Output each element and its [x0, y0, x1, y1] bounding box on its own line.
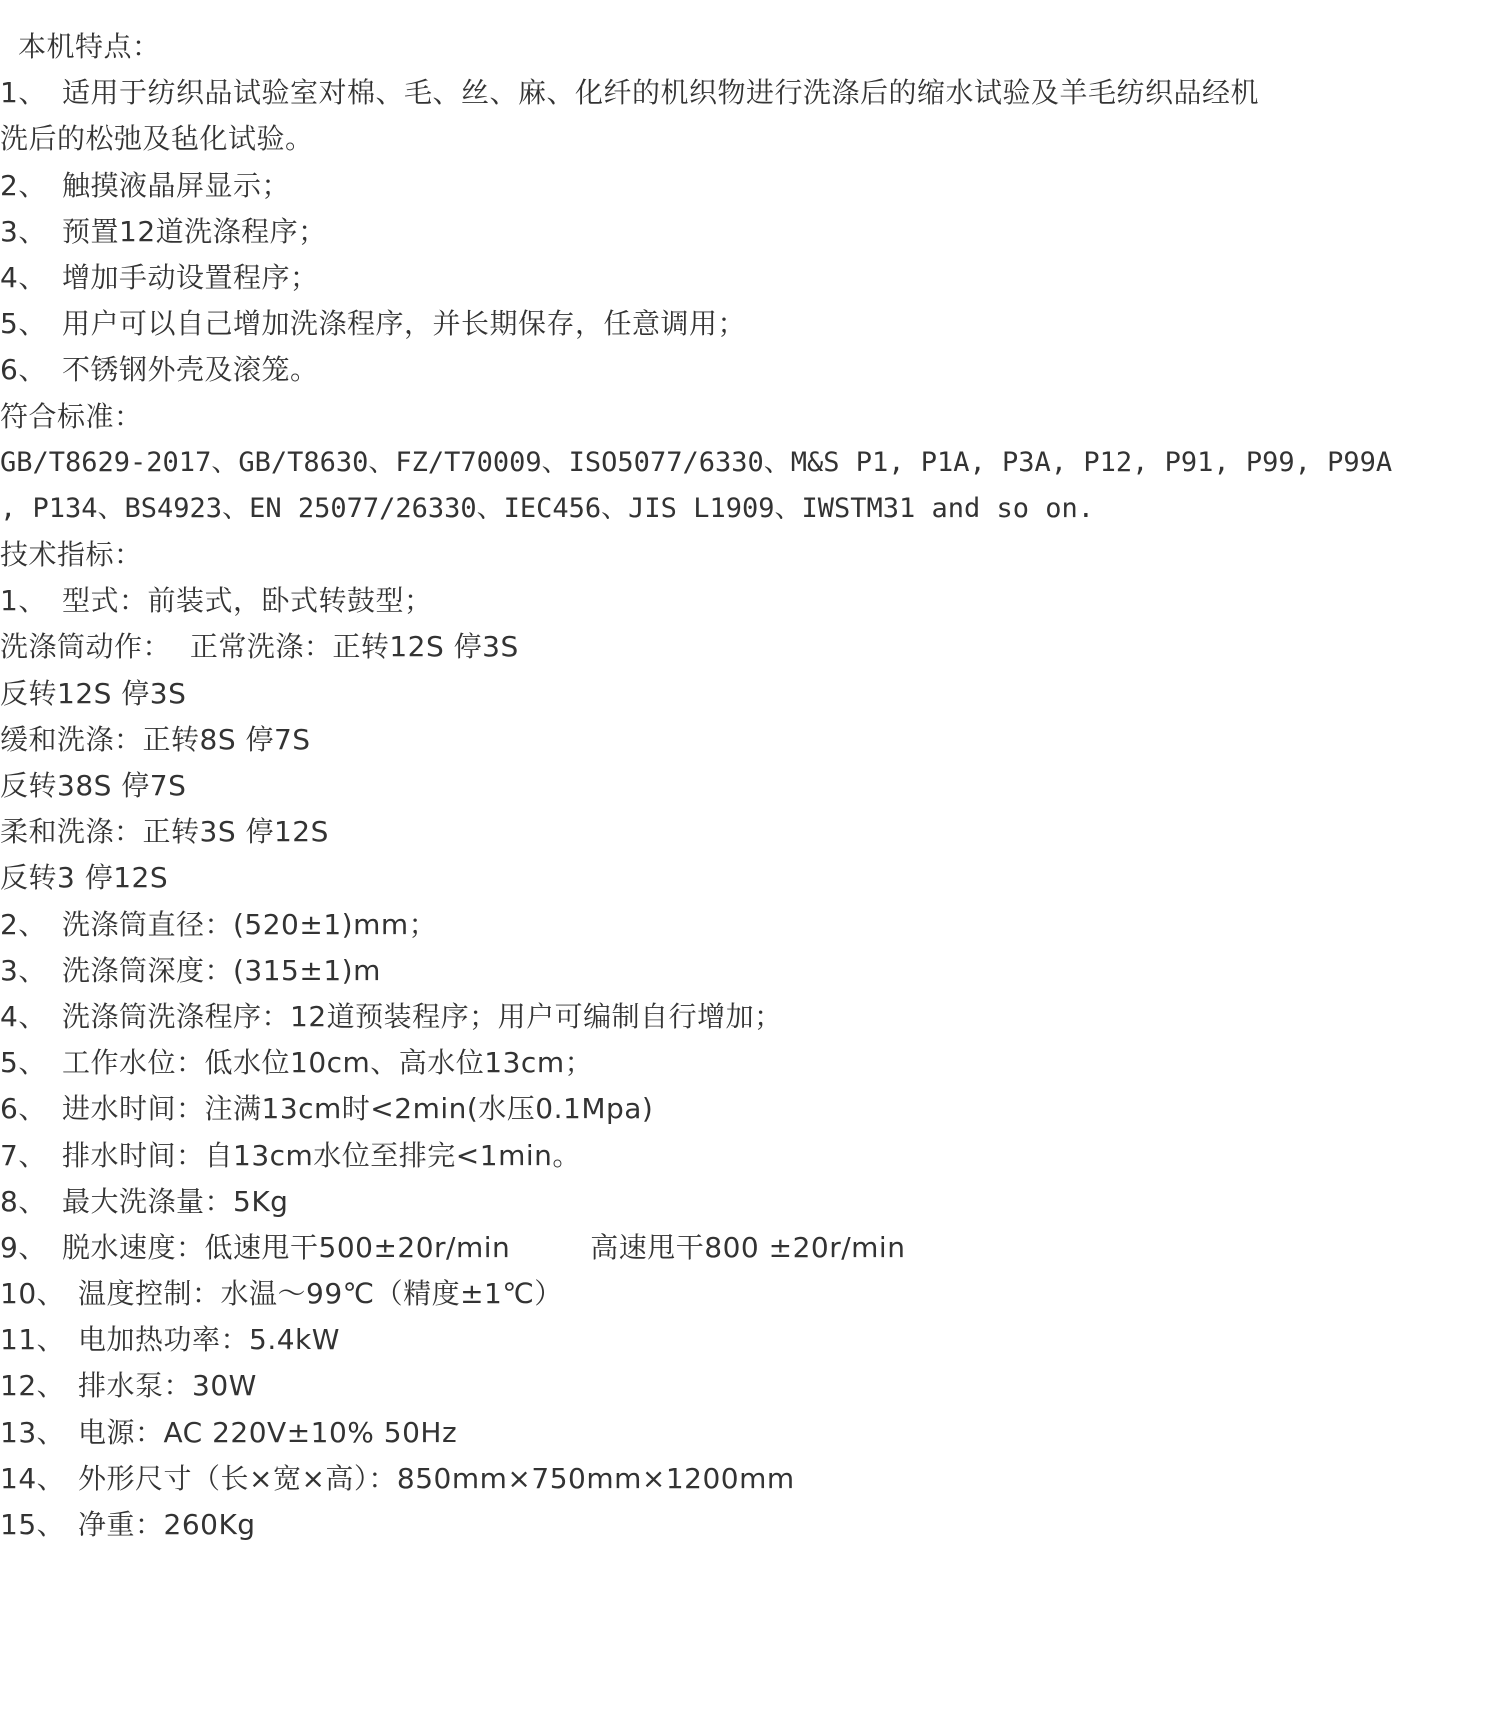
feature-item-2: 2、触摸液晶屏显示；: [0, 163, 1500, 209]
item-text: 进水时间：注满13cm时<2min(水压0.1Mpa): [62, 1092, 653, 1125]
spec-item-6: 6、进水时间：注满13cm时<2min(水压0.1Mpa): [0, 1086, 1500, 1132]
item-number: 2、: [0, 902, 62, 948]
features-heading: 本机特点：: [0, 24, 1500, 70]
item-text: 电源：AC 220V±10% 50Hz: [78, 1416, 457, 1449]
spec-item-2: 2、洗涤筒直径：(520±1)mm；: [0, 902, 1500, 948]
item-number: 11、: [0, 1317, 78, 1363]
item-text: 预置12道洗涤程序；: [62, 215, 327, 248]
item-number: 4、: [0, 994, 62, 1040]
feature-item-1-continued: 洗后的松弛及毡化试验。: [0, 116, 1500, 162]
drum-action-soft-reverse: 反转3 停12S: [0, 855, 1500, 901]
item-number: 5、: [0, 301, 62, 347]
drum-action-gentle-reverse: 反转38S 停7S: [0, 763, 1500, 809]
item-number: 3、: [0, 209, 62, 255]
item-text: 触摸液晶屏显示；: [62, 169, 290, 202]
item-text: 适用于纺织品试验室对棉、毛、丝、麻、化纤的机织物进行洗涤后的缩水试验及羊毛纺织品…: [62, 76, 1259, 109]
spec-item-13: 13、电源：AC 220V±10% 50Hz: [0, 1410, 1500, 1456]
feature-item-3: 3、预置12道洗涤程序；: [0, 209, 1500, 255]
spec-item-14: 14、外形尺寸（长×宽×高）：850mm×750mm×1200mm: [0, 1456, 1500, 1502]
item-number: 12、: [0, 1363, 78, 1409]
item-number: 1、: [0, 70, 62, 116]
spec-item-3: 3、洗涤筒深度：(315±1)m: [0, 948, 1500, 994]
spec-item-7: 7、排水时间：自13cm水位至排完<1min。: [0, 1133, 1500, 1179]
item-text: 用户可以自己增加洗涤程序，并长期保存，任意调用；: [62, 307, 746, 340]
drum-action-label: 洗涤筒动作：: [0, 630, 171, 663]
specs-heading: 技术指标：: [0, 532, 1500, 578]
document: 本机特点： 1、适用于纺织品试验室对棉、毛、丝、麻、化纤的机织物进行洗涤后的缩水…: [0, 24, 1500, 1548]
standards-line-2: , P134、BS4923、EN 25077/26330、IEC456、JIS …: [0, 486, 1500, 532]
spec-item-11: 11、电加热功率：5.4kW: [0, 1317, 1500, 1363]
item-text: 不锈钢外壳及滚笼。: [62, 353, 319, 386]
spec-item-5: 5、工作水位：低水位10cm、高水位13cm；: [0, 1040, 1500, 1086]
item-text: 排水泵：30W: [78, 1369, 257, 1402]
item-text: 电加热功率：5.4kW: [78, 1323, 340, 1356]
spec-item-8: 8、最大洗涤量：5Kg: [0, 1179, 1500, 1225]
item-number: 14、: [0, 1456, 78, 1502]
item-text: 洗涤筒深度：(315±1)m: [62, 954, 381, 987]
drum-action-soft: 柔和洗涤：正转3S 停12S: [0, 809, 1500, 855]
item-text: 最大洗涤量：5Kg: [62, 1185, 288, 1218]
item-number: 1、: [0, 578, 62, 624]
item-text-extra: 高速甩干800 ±20r/min: [590, 1231, 905, 1264]
spec-item-1: 1、型式：前装式，卧式转鼓型；: [0, 578, 1500, 624]
item-number: 8、: [0, 1179, 62, 1225]
item-number: 3、: [0, 948, 62, 994]
spec-item-4: 4、洗涤筒洗涤程序：12道预装程序；用户可编制自行增加；: [0, 994, 1500, 1040]
standards-line-1: GB/T8629-2017、GB/T8630、FZ/T70009、ISO5077…: [0, 440, 1500, 486]
item-text: 温度控制：水温～99℃（精度±1℃）: [78, 1277, 563, 1310]
item-text: 工作水位：低水位10cm、高水位13cm；: [62, 1046, 593, 1079]
feature-item-4: 4、增加手动设置程序；: [0, 255, 1500, 301]
item-number: 7、: [0, 1133, 62, 1179]
drum-action-gentle: 缓和洗涤：正转8S 停7S: [0, 717, 1500, 763]
item-text: 型式：前装式，卧式转鼓型；: [62, 584, 433, 617]
item-number: 6、: [0, 1086, 62, 1132]
item-text: 外形尺寸（长×宽×高）：850mm×750mm×1200mm: [78, 1462, 795, 1495]
item-number: 13、: [0, 1410, 78, 1456]
spec-item-12: 12、排水泵：30W: [0, 1363, 1500, 1409]
feature-item-6: 6、不锈钢外壳及滚笼。: [0, 347, 1500, 393]
spec-item-15: 15、净重：260Kg: [0, 1502, 1500, 1548]
item-text: 脱水速度：低速甩干500±20r/min: [62, 1231, 510, 1264]
item-number: 2、: [0, 163, 62, 209]
standards-heading: 符合标准：: [0, 394, 1500, 440]
item-text: 增加手动设置程序；: [62, 261, 319, 294]
spec-item-10: 10、温度控制：水温～99℃（精度±1℃）: [0, 1271, 1500, 1317]
drum-action-normal-text: 正常洗涤：正转12S 停3S: [190, 630, 519, 663]
item-text: 净重：260Kg: [78, 1508, 256, 1541]
item-text: 洗涤筒直径：(520±1)mm；: [62, 908, 437, 941]
item-number: 10、: [0, 1271, 78, 1317]
feature-item-5: 5、用户可以自己增加洗涤程序，并长期保存，任意调用；: [0, 301, 1500, 347]
item-number: 5、: [0, 1040, 62, 1086]
item-text: 排水时间：自13cm水位至排完<1min。: [62, 1139, 581, 1172]
drum-action-normal: 洗涤筒动作： 正常洗涤：正转12S 停3S: [0, 624, 1500, 670]
spec-item-9: 9、脱水速度：低速甩干500±20r/min高速甩干800 ±20r/min: [0, 1225, 1500, 1271]
feature-item-1: 1、适用于纺织品试验室对棉、毛、丝、麻、化纤的机织物进行洗涤后的缩水试验及羊毛纺…: [0, 70, 1500, 116]
item-text: 洗涤筒洗涤程序：12道预装程序；用户可编制自行增加；: [62, 1000, 783, 1033]
item-number: 4、: [0, 255, 62, 301]
item-number: 15、: [0, 1502, 78, 1548]
item-number: 9、: [0, 1225, 62, 1271]
drum-action-normal-reverse: 反转12S 停3S: [0, 671, 1500, 717]
item-number: 6、: [0, 347, 62, 393]
